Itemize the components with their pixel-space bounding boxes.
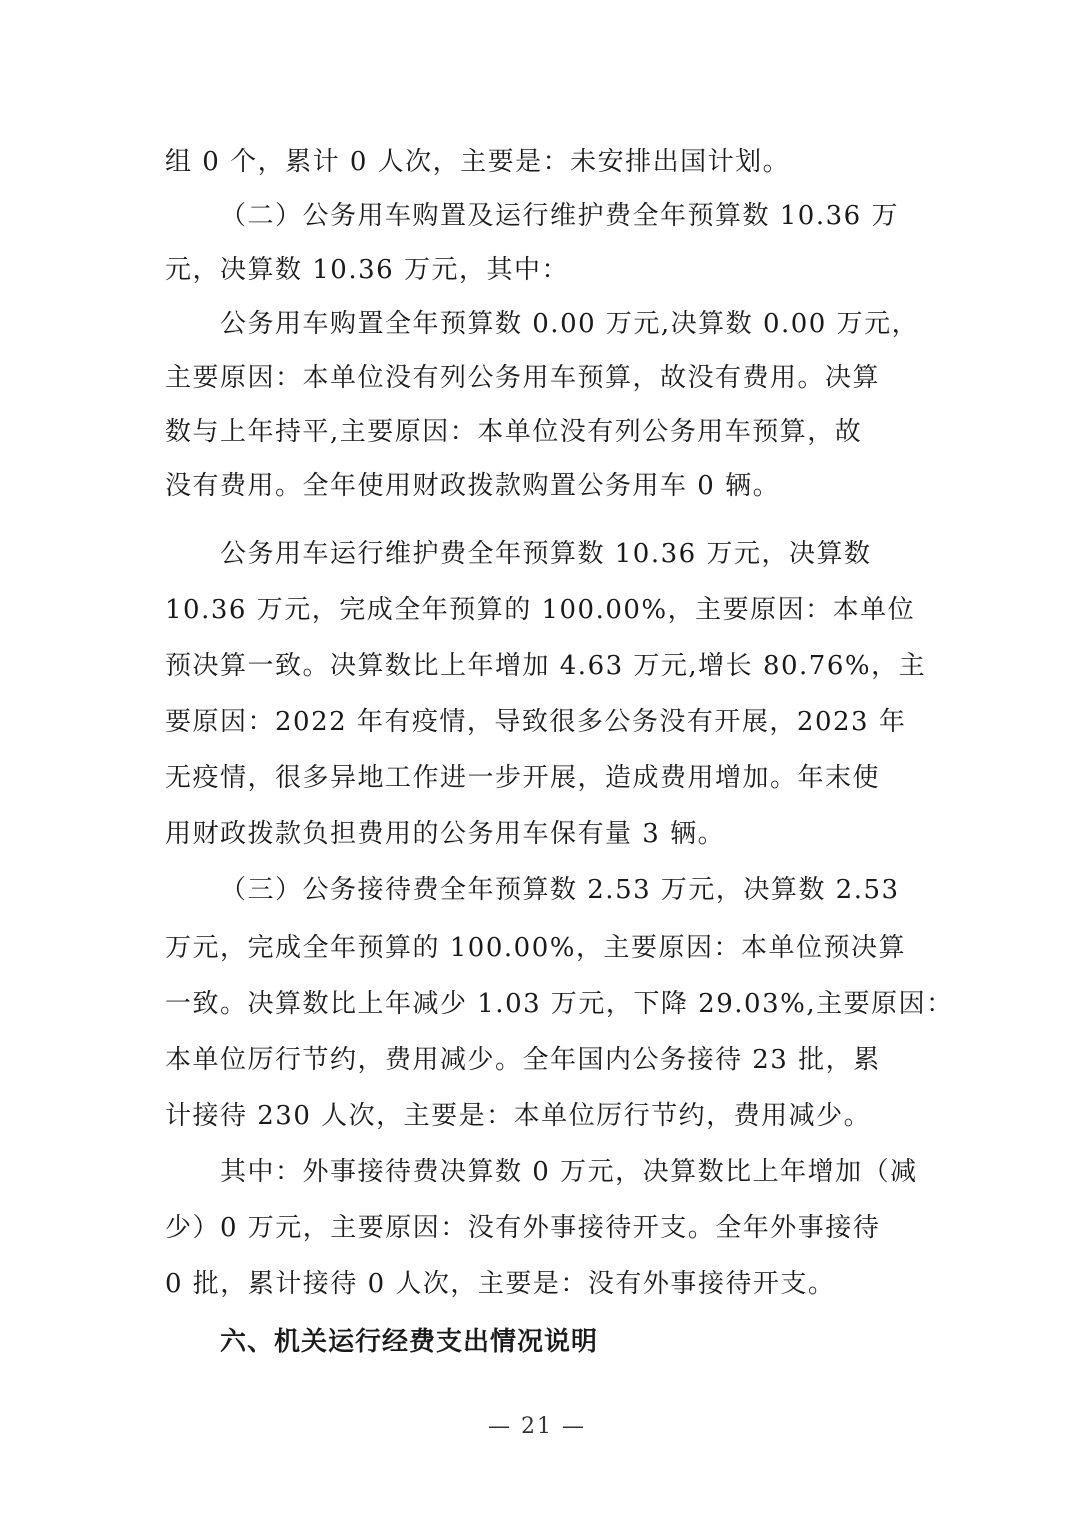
paragraph-line: 本单位厉行节约，费用减少。全年国内公务接待 23 批，累 bbox=[165, 1032, 881, 1088]
paragraph-line: 万元，完成全年预算的 100.00%，主要原因：本单位预决算 bbox=[165, 920, 906, 976]
paragraph-line: 无疫情，很多异地工作进一步开展，造成费用增加。年末使 bbox=[165, 750, 880, 806]
paragraph-line: 组 0 个，累计 0 人次，主要是：未安排出国计划。 bbox=[165, 134, 790, 190]
paragraph-line: 少）0 万元，主要原因：没有外事接待开支。全年外事接待 bbox=[165, 1200, 880, 1256]
paragraph-line: 主要原因：本单位没有列公务用车预算，故没有费用。决算 bbox=[165, 350, 880, 406]
paragraph-line: 没有费用。全年使用财政拨款购置公务用车 0 辆。 bbox=[165, 458, 780, 514]
section-heading: 六、机关运行经费支出情况说明 bbox=[220, 1314, 598, 1370]
paragraph-line: 其中：外事接待费决算数 0 万元，决算数比上年增加（减 bbox=[220, 1144, 918, 1200]
paragraph-line: 要原因：2022 年有疫情，导致很多公务没有开展，2023 年 bbox=[165, 694, 906, 750]
paragraph-line: （三）公务接待费全年预算数 2.53 万元，决算数 2.53 bbox=[220, 862, 900, 918]
paragraph-line: （二）公务用车购置及运行维护费全年预算数 10.36 万 bbox=[220, 188, 899, 244]
paragraph-line: 10.36 万元，完成全年预算的 100.00%，主要原因：本单位 bbox=[165, 582, 915, 638]
paragraph-line: 预决算一致。决算数比上年增加 4.63 万元,增长 80.76%，主 bbox=[165, 638, 926, 694]
paragraph-line: 公务用车运行维护费全年预算数 10.36 万元，决算数 bbox=[220, 526, 871, 582]
paragraph-line: 0 批，累计接待 0 人次，主要是：没有外事接待开支。 bbox=[165, 1256, 835, 1312]
page-number: — 21 — bbox=[0, 1414, 1074, 1439]
paragraph-line: 数与上年持平,主要原因：本单位没有列公务用车预算，故 bbox=[165, 404, 862, 460]
paragraph-line: 公务用车购置全年预算数 0.00 万元,决算数 0.00 万元， bbox=[220, 296, 919, 352]
paragraph-line: 一致。决算数比上年减少 1.03 万元，下降 29.03%,主要原因： bbox=[165, 976, 954, 1032]
paragraph-line: 用财政拨款负担费用的公务用车保有量 3 辆。 bbox=[165, 806, 725, 862]
paragraph-line: 元，决算数 10.36 万元，其中： bbox=[165, 242, 569, 298]
paragraph-line: 计接待 230 人次，主要是：本单位厉行节约，费用减少。 bbox=[165, 1088, 871, 1144]
